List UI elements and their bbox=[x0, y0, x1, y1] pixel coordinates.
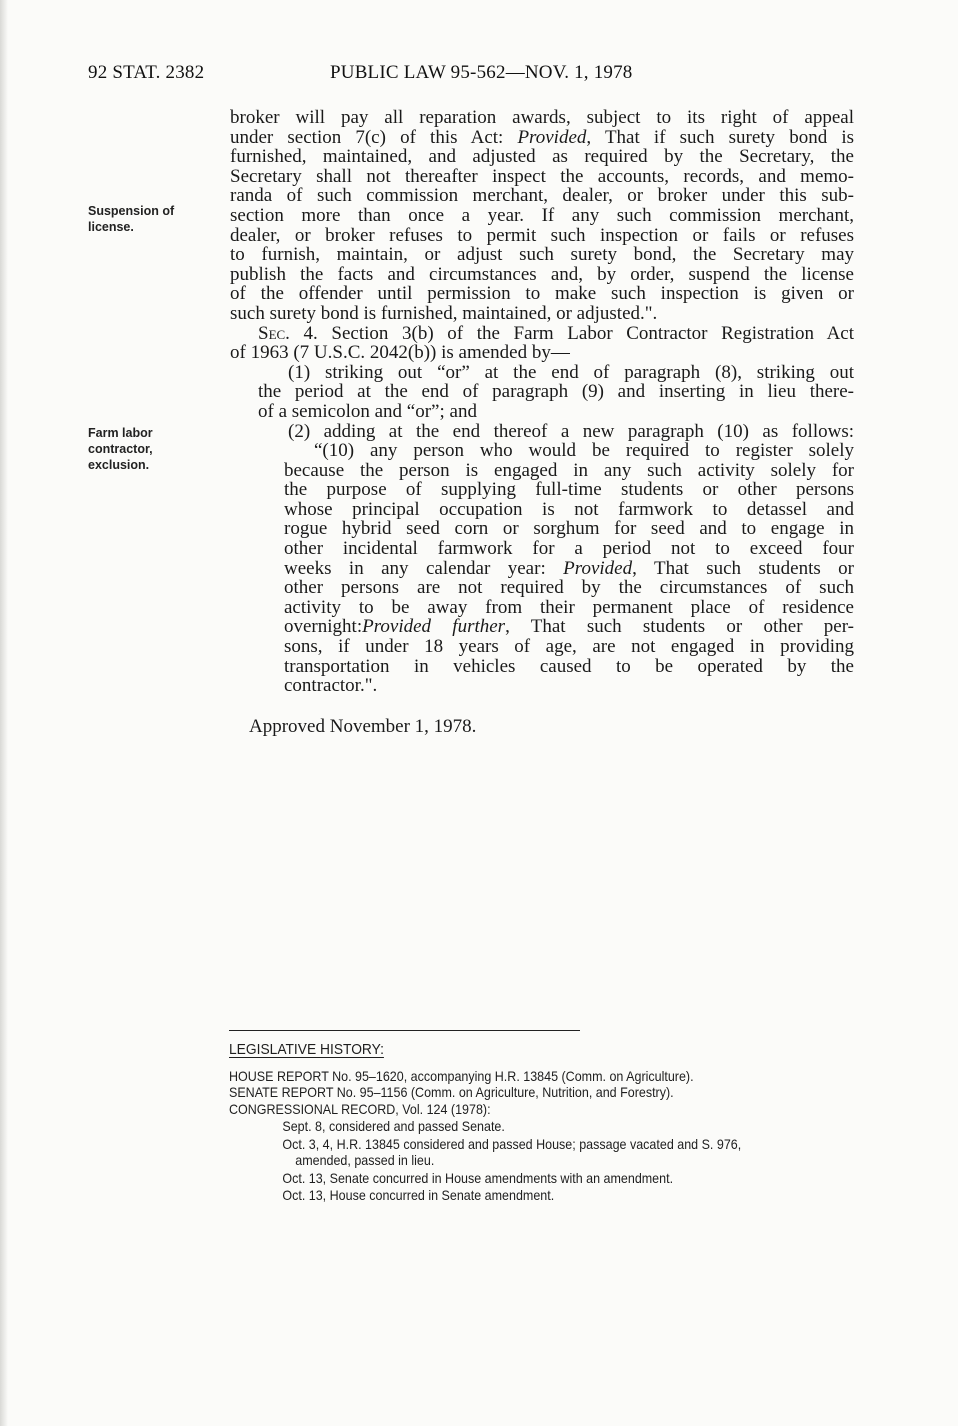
quote-line: rogue hybrid seed corn or sorghum for se… bbox=[230, 519, 854, 539]
item-1-line: of a semicolon and “or”; and bbox=[230, 402, 854, 422]
quote-line: other incidental farmwork for a period n… bbox=[230, 539, 854, 559]
record-entry: Oct. 13, Senate concurred in House amend… bbox=[229, 1171, 818, 1188]
quote-line: weeks in any calendar year: Provided, Th… bbox=[230, 559, 854, 579]
record-entry: Sept. 8, considered and passed Senate. bbox=[229, 1119, 818, 1136]
legislative-history-heading: LEGISLATIVE HISTORY: bbox=[229, 1042, 384, 1059]
margin-note-farm-labor: Farm labor contractor, exclusion. bbox=[88, 425, 208, 473]
record-entry: Oct. 13, House concurred in Senate amend… bbox=[229, 1188, 818, 1205]
divider-rule bbox=[229, 1030, 580, 1031]
margin-note-suspension: Suspension of license. bbox=[88, 203, 208, 235]
margin-note-line: exclusion. bbox=[88, 457, 208, 473]
text-line: section more than once a year. If any su… bbox=[230, 206, 854, 226]
quote-line: because the person is engaged in any suc… bbox=[230, 461, 854, 481]
text-line: dealer, or broker refuses to permit such… bbox=[230, 226, 854, 246]
text-span: weeks in any calendar year: bbox=[284, 558, 546, 579]
text-span: , That if such surety bond is bbox=[586, 127, 854, 148]
item-1-line: (1) striking out “or” at the end of para… bbox=[230, 363, 854, 383]
report-line: HOUSE REPORT No. 95–1620, accompanying H… bbox=[229, 1069, 818, 1086]
quote-line: transportation in vehicles caused to be … bbox=[230, 657, 854, 677]
item-2-intro: (2) adding at the end thereof a new para… bbox=[230, 422, 854, 442]
text-span: under section 7(c) of this Act: bbox=[230, 127, 503, 148]
text-span: , That such students or bbox=[632, 558, 854, 579]
italic-provided: Provided bbox=[517, 127, 586, 148]
quote-line: the purpose of supplying full-time stude… bbox=[230, 480, 854, 500]
record-entry-continued: amended, passed in lieu. bbox=[229, 1153, 818, 1170]
text-span: Section 3(b) of the Farm Labor Contracto… bbox=[331, 323, 854, 344]
quote-line: sons, if under 18 years of age, are not … bbox=[230, 637, 854, 657]
report-line: SENATE REPORT No. 95–1156 (Comm. on Agri… bbox=[229, 1085, 818, 1102]
record-entry: Oct. 3, 4, H.R. 13845 considered and pas… bbox=[229, 1137, 818, 1154]
italic-provided-further: Provided further bbox=[362, 616, 505, 637]
margin-note-line: Suspension of bbox=[88, 203, 208, 219]
margin-note-line: contractor, bbox=[88, 441, 208, 457]
statute-page-number: 92 STAT. 2382 bbox=[88, 62, 204, 84]
report-line: CONGRESSIONAL RECORD, Vol. 124 (1978): bbox=[229, 1102, 818, 1119]
text-line: under section 7(c) of this Act: Provided… bbox=[230, 128, 854, 148]
text-line: broker will pay all reparation awards, s… bbox=[230, 108, 854, 128]
text-line: randa of such commission merchant, deale… bbox=[230, 186, 854, 206]
text-span: overnight: bbox=[284, 616, 362, 637]
margin-note-line: Farm labor bbox=[88, 425, 208, 441]
page-edge-shadow bbox=[0, 0, 8, 1426]
approval-date: Approved November 1, 1978. bbox=[249, 716, 476, 738]
text-line: to furnish, maintain, or adjust such sur… bbox=[230, 245, 854, 265]
quote-line: whose principal occupation is not farmwo… bbox=[230, 500, 854, 520]
law-title: PUBLIC LAW 95-562—NOV. 1, 1978 bbox=[330, 62, 633, 84]
quote-line: other persons are not required by the ci… bbox=[230, 578, 854, 598]
text-line: furnished, maintained, and adjusted as r… bbox=[230, 147, 854, 167]
quote-line: overnight:Provided further, That such st… bbox=[230, 617, 854, 637]
text-span: , That such students or other per- bbox=[505, 616, 854, 637]
text-line: publish the facts and circumstances and,… bbox=[230, 265, 854, 285]
section-label: Sec. 4. bbox=[258, 323, 318, 344]
quote-line: “(10) any person who would be required t… bbox=[230, 441, 854, 461]
margin-note-line: license. bbox=[88, 219, 208, 235]
body-text: broker will pay all reparation awards, s… bbox=[230, 108, 854, 696]
quote-line: contractor.". bbox=[230, 676, 854, 696]
text-line: such surety bond is furnished, maintaine… bbox=[230, 304, 854, 324]
italic-provided: Provided bbox=[563, 558, 632, 579]
text-line: of 1963 (7 U.S.C. 2042(b)) is amended by… bbox=[230, 343, 854, 363]
legislative-history: LEGISLATIVE HISTORY: HOUSE REPORT No. 95… bbox=[229, 1042, 818, 1205]
section-4-heading: Sec. 4. Section 3(b) of the Farm Labor C… bbox=[230, 324, 854, 344]
quote-line: activity to be away from their permanent… bbox=[230, 598, 854, 618]
text-line: Secretary shall not thereafter inspect t… bbox=[230, 167, 854, 187]
running-head: 92 STAT. 2382 PUBLIC LAW 95-562—NOV. 1, … bbox=[88, 62, 858, 86]
item-1-line: the period at the end of paragraph (9) a… bbox=[230, 382, 854, 402]
text-line: of the offender until permission to make… bbox=[230, 284, 854, 304]
